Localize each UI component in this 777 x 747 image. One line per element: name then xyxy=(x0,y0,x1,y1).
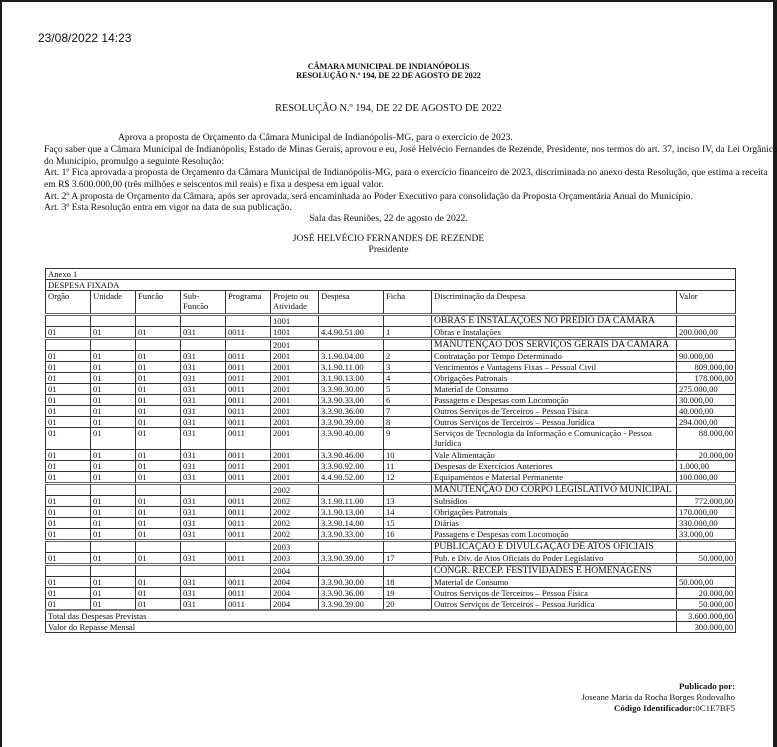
cell-subfuncao: 031 xyxy=(181,472,226,484)
cell-projeto: 2003 xyxy=(271,553,319,565)
cell-unidade: 01 xyxy=(91,577,136,588)
place-date: Sala das Reuniões, 22 de agosto de 2022. xyxy=(0,213,777,224)
cell-programa: 0011 xyxy=(226,450,271,461)
article-3: Art. 3º Esta Resolução entra em vigor na… xyxy=(44,202,744,213)
cell-programa: 0011 xyxy=(226,577,271,588)
cell-descricao: Material de Consumo xyxy=(432,577,677,588)
cell-valor: 170.000,00 xyxy=(677,507,736,518)
cell-projeto: 2004 xyxy=(271,577,319,588)
table-row: 010101031001120013.3.90.30.005Material d… xyxy=(46,384,736,395)
cell-projeto: 2002 xyxy=(271,496,319,507)
cell-unidade: 01 xyxy=(91,395,136,406)
cell-unidade: 01 xyxy=(91,588,136,599)
group-name: MANUTENÇÃO DO CORPO LEGISLATIVO MUNICIPA… xyxy=(432,484,677,496)
cell-unidade: 01 xyxy=(91,362,136,373)
cell-orgao: 01 xyxy=(46,450,91,461)
group-project: 2004 xyxy=(271,565,319,577)
cell-despesa: 3.3.90.39.00 xyxy=(319,553,384,565)
cell-orgao: 01 xyxy=(46,395,91,406)
table-row: 010101031001120023.1.90.13.0014Obrigaçõe… xyxy=(46,507,736,518)
cell-unidade: 01 xyxy=(91,373,136,384)
cell-subfuncao: 031 xyxy=(181,417,226,428)
cell-valor: 294.000,00 xyxy=(677,417,736,428)
column-header: Unidade xyxy=(91,291,136,315)
document-title: RESOLUÇÃO N.º 194, DE 22 DE AGOSTO DE 20… xyxy=(0,103,777,114)
cell-ficha: 1 xyxy=(384,327,432,339)
cell-subfuncao: 031 xyxy=(181,384,226,395)
cell-subfuncao: 031 xyxy=(181,351,226,362)
cell-ficha: 9 xyxy=(384,428,432,450)
cell-funcao: 01 xyxy=(136,384,181,395)
total-label: Total das Despesas Previstas xyxy=(46,610,677,622)
table-row: 010101031001120013.1.90.11.003Vencimento… xyxy=(46,362,736,373)
cell-ficha: 15 xyxy=(384,518,432,529)
cell-programa: 0011 xyxy=(226,362,271,373)
cell-programa: 0011 xyxy=(226,518,271,529)
table-row: 010101031001120014.4.90.52.0012Equipamen… xyxy=(46,472,736,484)
group-name: OBRAS E INSTALAÇÕES NO PRÉDIO DA CÂMARA xyxy=(432,315,677,327)
cell-funcao: 01 xyxy=(136,406,181,417)
cell-programa: 0011 xyxy=(226,599,271,611)
cell-programa: 0011 xyxy=(226,384,271,395)
column-header: Sub-Funcão xyxy=(181,291,226,315)
cell-valor: 30.000,00 xyxy=(677,395,736,406)
expense-table: Anexo 1DESPESA FIXADAOrgãoUnidadeFuncãoS… xyxy=(45,268,736,633)
cell-valor: 20.000,00 xyxy=(677,588,736,599)
cell-descricao: Obras e Instalações xyxy=(432,327,677,339)
cell-funcao: 01 xyxy=(136,599,181,611)
cell-programa: 0011 xyxy=(226,327,271,339)
monthly-label: Valor do Repasse Mensal xyxy=(46,622,677,633)
cell-subfuncao: 031 xyxy=(181,406,226,417)
cell-valor: 200.000,00 xyxy=(677,327,736,339)
column-header: Discriminação da Despesa xyxy=(432,291,677,315)
cell-valor: 33.000,00 xyxy=(677,529,736,541)
cell-descricao: Equipamentos e Material Permanente xyxy=(432,472,677,484)
cell-programa: 0011 xyxy=(226,496,271,507)
cell-orgao: 01 xyxy=(46,351,91,362)
cell-ficha: 16 xyxy=(384,529,432,541)
cell-programa: 0011 xyxy=(226,472,271,484)
cell-projeto: 2001 xyxy=(271,472,319,484)
cell-projeto: 2004 xyxy=(271,599,319,611)
cell-programa: 0011 xyxy=(226,428,271,450)
column-header: Despesa xyxy=(319,291,384,315)
cell-valor: 275.000,00 xyxy=(677,384,736,395)
cell-programa: 0011 xyxy=(226,373,271,384)
cell-unidade: 01 xyxy=(91,472,136,484)
cell-descricao: Vencimentos e Vantagens Fixas – Pessoal … xyxy=(432,362,677,373)
cell-subfuncao: 031 xyxy=(181,529,226,541)
cell-ficha: 3 xyxy=(384,362,432,373)
cell-orgao: 01 xyxy=(46,577,91,588)
cell-orgao: 01 xyxy=(46,373,91,384)
cell-projeto: 2001 xyxy=(271,450,319,461)
preamble-line-2: do Município, promulgo a seguinte Resolu… xyxy=(44,156,744,167)
cell-funcao: 01 xyxy=(136,351,181,362)
column-header: Projeto ou Atividade xyxy=(271,291,319,315)
cell-programa: 0011 xyxy=(226,406,271,417)
cell-despesa: 3.1.90.11.00 xyxy=(319,362,384,373)
cell-despesa: 3.3.90.33.00 xyxy=(319,395,384,406)
cell-subfuncao: 031 xyxy=(181,599,226,611)
table-row: 010101031001120023.3.90.14.0015Diárias33… xyxy=(46,518,736,529)
group-name: PUBLICAÇÃO E DIVULGAÇÃO DE ATOS OFICIAIS xyxy=(432,541,677,553)
group-project: 2002 xyxy=(271,484,319,496)
cell-orgao: 01 xyxy=(46,362,91,373)
cell-orgao: 01 xyxy=(46,327,91,339)
total-row: Total das Despesas Previstas3.600.000,00 xyxy=(46,610,736,622)
monthly-value: 300.000,00 xyxy=(677,622,736,633)
cell-funcao: 01 xyxy=(136,496,181,507)
header-resolution: RESOLUÇÃO N.º 194, DE 22 DE AGOSTO DE 20… xyxy=(0,71,777,80)
cell-orgao: 01 xyxy=(46,553,91,565)
cell-subfuncao: 031 xyxy=(181,577,226,588)
cell-subfuncao: 031 xyxy=(181,428,226,450)
cell-despesa: 4.4.90.51.00 xyxy=(319,327,384,339)
cell-ficha: 13 xyxy=(384,496,432,507)
cell-subfuncao: 031 xyxy=(181,461,226,472)
column-header-row: OrgãoUnidadeFuncãoSub-FuncãoProgramaProj… xyxy=(46,291,736,315)
cell-valor: 772.000,00 xyxy=(677,496,736,507)
group-header-row: 2001MANUTENÇÃO DOS SERVIÇOS GERAIS DA CÂ… xyxy=(46,339,736,351)
cell-funcao: 01 xyxy=(136,428,181,450)
cell-unidade: 01 xyxy=(91,351,136,362)
group-header-row: 1001OBRAS E INSTALAÇÕES NO PRÉDIO DA CÂM… xyxy=(46,315,736,327)
cell-descricao: Passagens e Despesas com Locomoção xyxy=(432,395,677,406)
table-row: 010101031001120023.1.90.11.0013Subsídios… xyxy=(46,496,736,507)
cell-subfuncao: 031 xyxy=(181,327,226,339)
cell-valor: 40.000,00 xyxy=(677,406,736,417)
column-header: Ficha xyxy=(384,291,432,315)
cell-programa: 0011 xyxy=(226,395,271,406)
summary: Aprova a proposta de Orçamento da Câmara… xyxy=(118,132,777,143)
table-row: 010101031001120043.3.90.36.0019Outros Se… xyxy=(46,588,736,599)
cell-funcao: 01 xyxy=(136,362,181,373)
table-row: 010101031001120033.3.90.39.0017Pub. e Di… xyxy=(46,553,736,565)
preamble-line-1: Faço saber que a Câmara Municipal de Ind… xyxy=(44,144,744,155)
table-row: 010101031001120013.1.90.04.002Contrataçã… xyxy=(46,351,736,362)
column-header: Orgão xyxy=(46,291,91,315)
cell-descricao: Material de Consumo xyxy=(432,384,677,395)
cell-descricao: Subsídios xyxy=(432,496,677,507)
cell-projeto: 2002 xyxy=(271,507,319,518)
cell-descricao: Serviços de Tecnologia da Informação e C… xyxy=(432,428,677,450)
article-1-line-1: Art. 1º Fica aprovada a proposta de Orça… xyxy=(44,167,744,178)
cell-orgao: 01 xyxy=(46,496,91,507)
cell-subfuncao: 031 xyxy=(181,395,226,406)
cell-projeto: 2001 xyxy=(271,428,319,450)
cell-programa: 0011 xyxy=(226,461,271,472)
cell-descricao: Contratação por Tempo Determinado xyxy=(432,351,677,362)
cell-despesa: 4.4.90.52.00 xyxy=(319,472,384,484)
cell-orgao: 01 xyxy=(46,518,91,529)
cell-subfuncao: 031 xyxy=(181,507,226,518)
cell-valor: 809.000,00 xyxy=(677,362,736,373)
cell-ficha: 5 xyxy=(384,384,432,395)
table-row: 010101031001120013.3.90.36.007Outros Ser… xyxy=(46,406,736,417)
column-header: Funcão xyxy=(136,291,181,315)
cell-valor: 20.000,00 xyxy=(677,450,736,461)
cell-ficha: 6 xyxy=(384,395,432,406)
cell-despesa: 3.3.90.36.00 xyxy=(319,406,384,417)
signer-name: JOSÉ HELVÉCIO FERNANDES DE REZENDE xyxy=(0,233,777,244)
group-header-row: 2003PUBLICAÇÃO E DIVULGAÇÃO DE ATOS OFIC… xyxy=(46,541,736,553)
cell-orgao: 01 xyxy=(46,406,91,417)
group-header-row: 2002MANUTENÇÃO DO CORPO LEGISLATIVO MUNI… xyxy=(46,484,736,496)
table-row: 010101031001120013.3.90.92.0011Despesas … xyxy=(46,461,736,472)
cell-unidade: 01 xyxy=(91,461,136,472)
cell-funcao: 01 xyxy=(136,461,181,472)
cell-programa: 0011 xyxy=(226,529,271,541)
cell-projeto: 2001 xyxy=(271,351,319,362)
cell-descricao: Passagens e Despesas com Locomoção xyxy=(432,529,677,541)
cell-funcao: 01 xyxy=(136,327,181,339)
table-row: 010101031001120013.1.90.13.004Obrigações… xyxy=(46,373,736,384)
cell-descricao: Obrigações Patronais xyxy=(432,507,677,518)
cell-projeto: 2001 xyxy=(271,395,319,406)
cell-ficha: 12 xyxy=(384,472,432,484)
cell-unidade: 01 xyxy=(91,529,136,541)
cell-ficha: 14 xyxy=(384,507,432,518)
cell-funcao: 01 xyxy=(136,373,181,384)
cell-ficha: 18 xyxy=(384,577,432,588)
cell-projeto: 2001 xyxy=(271,373,319,384)
header-institution: CÂMARA MUNICIPAL DE INDIANÓPOLIS xyxy=(0,62,777,71)
cell-despesa: 3.3.90.39.00 xyxy=(319,599,384,611)
cell-subfuncao: 031 xyxy=(181,553,226,565)
cell-despesa: 3.3.90.40.00 xyxy=(319,428,384,450)
cell-unidade: 01 xyxy=(91,507,136,518)
cell-unidade: 01 xyxy=(91,599,136,611)
group-project: 2003 xyxy=(271,541,319,553)
table-row: 010101031001120043.3.90.39.0020Outros Se… xyxy=(46,599,736,611)
cell-despesa: 3.3.90.92.00 xyxy=(319,461,384,472)
column-header: Valor xyxy=(677,291,736,315)
cell-funcao: 01 xyxy=(136,577,181,588)
cell-despesa: 3.1.90.04.00 xyxy=(319,351,384,362)
monthly-row: Valor do Repasse Mensal300.000,00 xyxy=(46,622,736,633)
cell-ficha: 20 xyxy=(384,599,432,611)
cell-orgao: 01 xyxy=(46,599,91,611)
group-header-row: 2004CONGR. RECEP. FESTIVIDADES E HOMENAG… xyxy=(46,565,736,577)
table-row: 010101031001120043.3.90.30.0018Material … xyxy=(46,577,736,588)
cell-ficha: 4 xyxy=(384,373,432,384)
cell-unidade: 01 xyxy=(91,553,136,565)
total-value: 3.600.000,00 xyxy=(677,610,736,622)
annex-subtitle-row: DESPESA FIXADA xyxy=(46,280,736,291)
cell-projeto: 2002 xyxy=(271,529,319,541)
print-timestamp: 23/08/2022 14:23 xyxy=(38,31,131,45)
group-name: MANUTENÇÃO DOS SERVIÇOS GERAIS DA CÂMARA xyxy=(432,339,677,351)
cell-descricao: Outros Serviços de Terceiros – Pessoa Fí… xyxy=(432,588,677,599)
cell-orgao: 01 xyxy=(46,472,91,484)
cell-despesa: 3.3.90.46.00 xyxy=(319,450,384,461)
cell-programa: 0011 xyxy=(226,588,271,599)
cell-despesa: 3.3.90.14.00 xyxy=(319,518,384,529)
group-project: 1001 xyxy=(271,315,319,327)
cell-subfuncao: 031 xyxy=(181,496,226,507)
cell-despesa: 3.1.90.13.00 xyxy=(319,507,384,518)
cell-funcao: 01 xyxy=(136,472,181,484)
cell-orgao: 01 xyxy=(46,507,91,518)
table-row: 010101031001120023.3.90.33.0016Passagens… xyxy=(46,529,736,541)
table-row: 010101031001110014.4.90.51.001Obras e In… xyxy=(46,327,736,339)
article-1-line-2: em R$ 3.600.000,00 (três milhões e seisc… xyxy=(44,179,744,190)
cell-descricao: Vale Alimentação xyxy=(432,450,677,461)
cell-ficha: 7 xyxy=(384,406,432,417)
annex-title-row: Anexo 1 xyxy=(46,269,736,280)
cell-orgao: 01 xyxy=(46,428,91,450)
cell-projeto: 2004 xyxy=(271,588,319,599)
cell-ficha: 2 xyxy=(384,351,432,362)
cell-unidade: 01 xyxy=(91,417,136,428)
annex-subtitle: DESPESA FIXADA xyxy=(46,280,736,291)
cell-valor: 50.000,00 xyxy=(677,553,736,565)
cell-despesa: 3.3.90.30.00 xyxy=(319,577,384,588)
cell-subfuncao: 031 xyxy=(181,362,226,373)
cell-unidade: 01 xyxy=(91,518,136,529)
cell-funcao: 01 xyxy=(136,417,181,428)
cell-unidade: 01 xyxy=(91,450,136,461)
cell-orgao: 01 xyxy=(46,384,91,395)
article-2: Art. 2º A proposta de Orçamento da Câmar… xyxy=(44,191,744,202)
cell-programa: 0011 xyxy=(226,507,271,518)
cell-unidade: 01 xyxy=(91,406,136,417)
cell-programa: 0011 xyxy=(226,417,271,428)
cell-projeto: 2001 xyxy=(271,384,319,395)
group-name: CONGR. RECEP. FESTIVIDADES E HOMENAGENS xyxy=(432,565,677,577)
cell-despesa: 3.3.90.36.00 xyxy=(319,588,384,599)
group-project: 2001 xyxy=(271,339,319,351)
cell-valor: 88.000,00 xyxy=(677,428,736,450)
cell-despesa: 3.1.90.13.00 xyxy=(319,373,384,384)
cell-descricao: Outros Serviços de Terceiros – Pessoa Ju… xyxy=(432,599,677,611)
cell-ficha: 10 xyxy=(384,450,432,461)
cell-despesa: 3.3.90.39.00 xyxy=(319,417,384,428)
cell-projeto: 1001 xyxy=(271,327,319,339)
cell-ficha: 8 xyxy=(384,417,432,428)
cell-subfuncao: 031 xyxy=(181,450,226,461)
publisher-name: Joseane Maria da Rocha Borges Rodovalho xyxy=(581,692,735,702)
cell-descricao: Pub. e Div. de Atos Oficiais do Poder Le… xyxy=(432,553,677,565)
cell-valor: 178.000,00 xyxy=(677,373,736,384)
cell-valor: 50.000,00 xyxy=(677,577,736,588)
cell-valor: 100.000,00 xyxy=(677,472,736,484)
cell-projeto: 2001 xyxy=(271,406,319,417)
cell-ficha: 19 xyxy=(384,588,432,599)
cell-descricao: Outros Serviços de Terceiros – Pessoa Fí… xyxy=(432,406,677,417)
cell-unidade: 01 xyxy=(91,384,136,395)
table-row: 010101031001120013.3.90.39.008Outros Ser… xyxy=(46,417,736,428)
cell-projeto: 2002 xyxy=(271,518,319,529)
identifier-code: Código Identificador:0C1E7BF5 xyxy=(614,703,735,713)
cell-descricao: Despesas de Exercícios Anteriores xyxy=(432,461,677,472)
table-row: 010101031001120013.3.90.33.006Passagens … xyxy=(46,395,736,406)
cell-unidade: 01 xyxy=(91,327,136,339)
cell-valor: 90.000,00 xyxy=(677,351,736,362)
cell-unidade: 01 xyxy=(91,428,136,450)
cell-orgao: 01 xyxy=(46,461,91,472)
cell-funcao: 01 xyxy=(136,529,181,541)
cell-funcao: 01 xyxy=(136,518,181,529)
cell-subfuncao: 031 xyxy=(181,588,226,599)
cell-unidade: 01 xyxy=(91,496,136,507)
column-header: Programa xyxy=(226,291,271,315)
cell-descricao: Obrigações Patronais xyxy=(432,373,677,384)
cell-subfuncao: 031 xyxy=(181,373,226,384)
cell-funcao: 01 xyxy=(136,588,181,599)
published-by-label: Publicado por: xyxy=(679,681,735,691)
cell-valor: 330.000,00 xyxy=(677,518,736,529)
cell-ficha: 17 xyxy=(384,553,432,565)
cell-descricao: Diárias xyxy=(432,518,677,529)
cell-funcao: 01 xyxy=(136,395,181,406)
cell-projeto: 2001 xyxy=(271,417,319,428)
table-row: 010101031001120013.3.90.46.0010Vale Alim… xyxy=(46,450,736,461)
table-row: 010101031001120013.3.90.40.009Serviços d… xyxy=(46,428,736,450)
cell-programa: 0011 xyxy=(226,351,271,362)
cell-orgao: 01 xyxy=(46,529,91,541)
cell-funcao: 01 xyxy=(136,507,181,518)
signer-role: Presidente xyxy=(0,244,777,255)
cell-ficha: 11 xyxy=(384,461,432,472)
cell-orgao: 01 xyxy=(46,588,91,599)
cell-programa: 0011 xyxy=(226,553,271,565)
cell-subfuncao: 031 xyxy=(181,518,226,529)
cell-despesa: 3.3.90.30.00 xyxy=(319,384,384,395)
cell-funcao: 01 xyxy=(136,553,181,565)
cell-despesa: 3.3.90.33.00 xyxy=(319,529,384,541)
cell-projeto: 2001 xyxy=(271,461,319,472)
cell-projeto: 2001 xyxy=(271,362,319,373)
cell-despesa: 3.1.90.11.00 xyxy=(319,496,384,507)
cell-valor: 50.000,00 xyxy=(677,599,736,611)
cell-descricao: Outros Serviços de Terceiros – Pessoa Ju… xyxy=(432,417,677,428)
cell-orgao: 01 xyxy=(46,417,91,428)
cell-valor: 1.000,00 xyxy=(677,461,736,472)
cell-funcao: 01 xyxy=(136,450,181,461)
annex-title: Anexo 1 xyxy=(46,269,736,280)
